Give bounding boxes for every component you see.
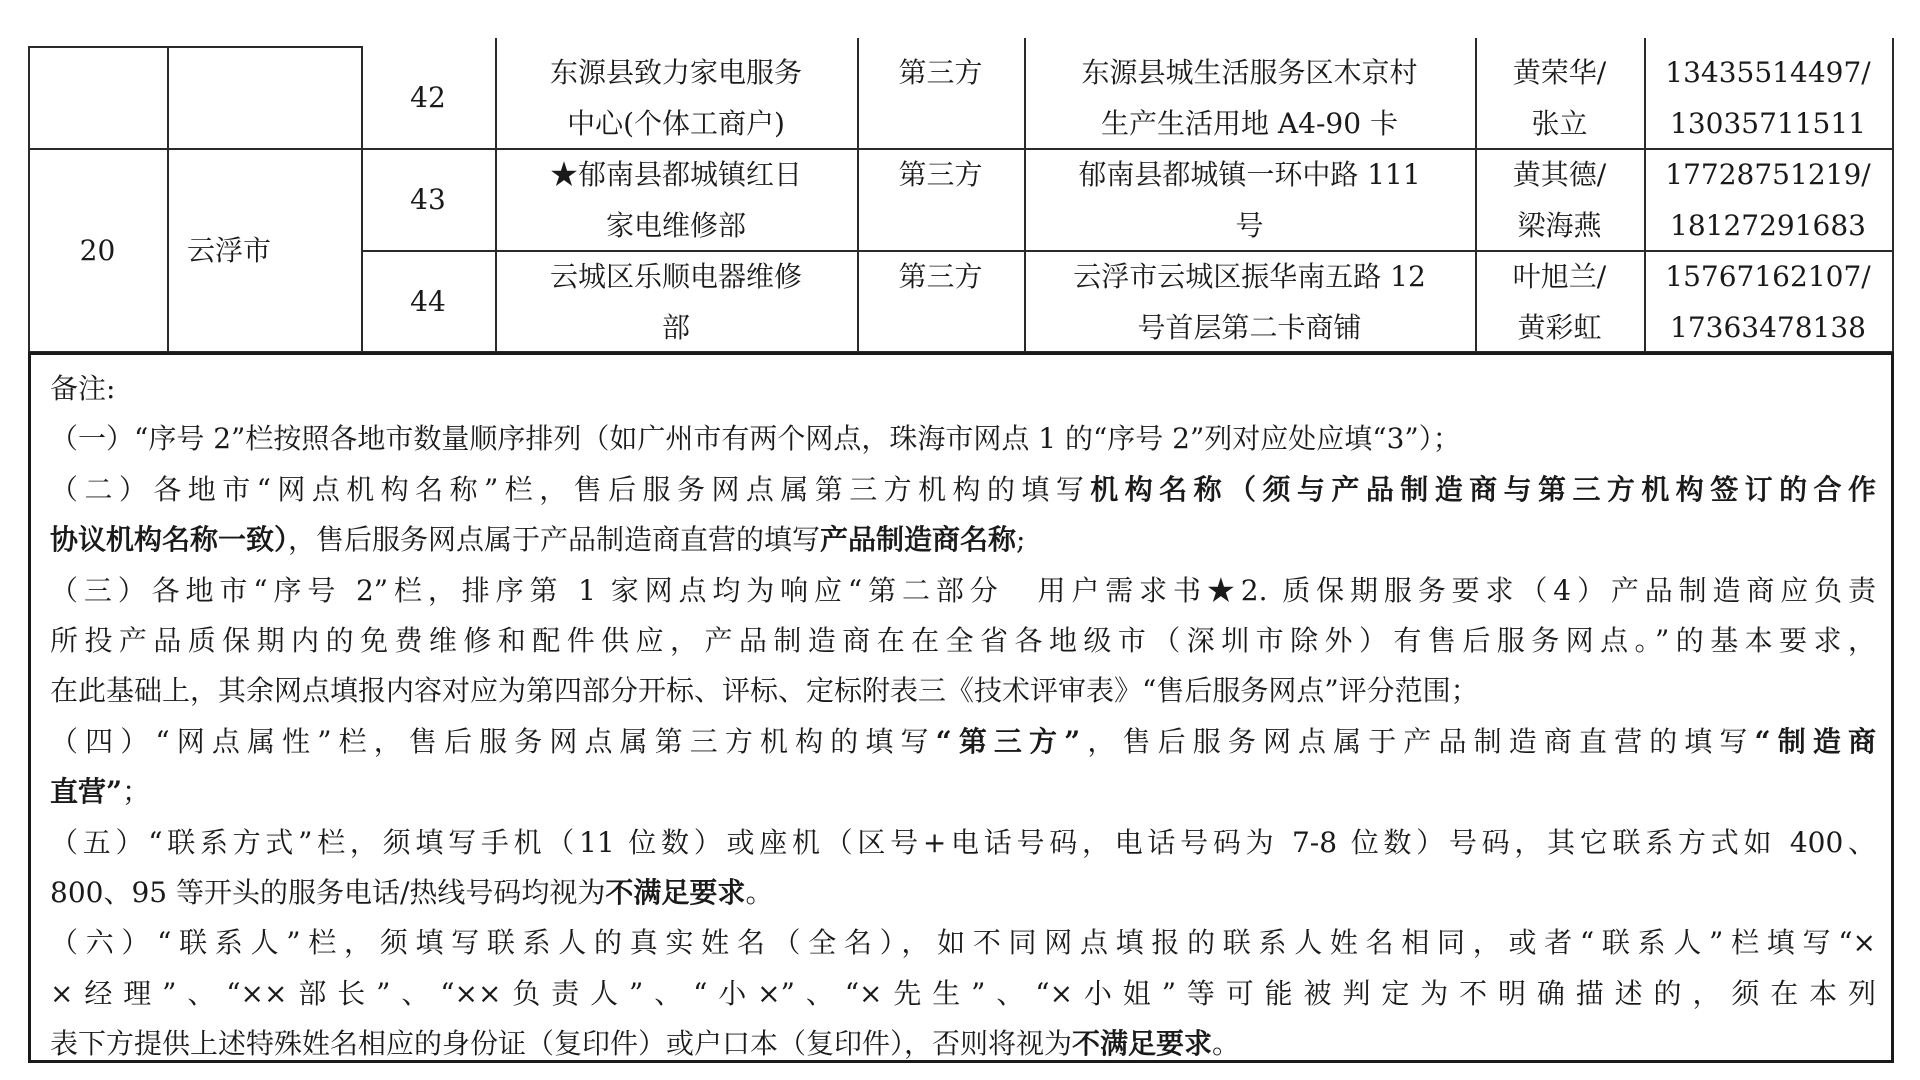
cell-address: 东源县城生活服务区木京村 生产生活用地 A4-90 卡 — [1024, 45, 1475, 147]
notes-line: 直营”； — [50, 767, 1876, 817]
cell-city: 云浮市 — [167, 148, 361, 352]
notes-text: ，售后服务网点属于产品制造商直营的填写 — [288, 523, 820, 556]
notes-emphasis: 产品制造商名称 — [820, 523, 1016, 556]
notes-line: 在此基础上，其余网点填报内容对应为第四部分开标、评标、定标附表三《技术评审表》“… — [50, 666, 1876, 716]
cell-phone: 15767162107/ 17363478138 — [1644, 249, 1892, 351]
notes-line: （一）“序号 2”栏按照各地市数量顺序排列（如广州市有两个网点，珠海市网点 1 … — [50, 414, 1876, 464]
notes-emphasis: 机构名称（须与产品制造商与第三方机构签订的合作 — [1090, 473, 1876, 506]
cell-seq: 43 — [361, 148, 495, 250]
notes-text: ； — [122, 775, 150, 808]
cell-contact: 黄荣华/ 张立 — [1475, 45, 1644, 147]
address-line: 生产生活用地 A4-90 卡 — [1101, 98, 1398, 149]
phone-line: 13035711511 — [1670, 98, 1866, 149]
contact-line: 黄彩虹 — [1517, 302, 1601, 353]
cell-attribute: 第三方 — [857, 249, 1024, 351]
city-text: 云浮市 — [187, 225, 271, 276]
outlet-name-line: 家电维修部 — [606, 200, 746, 251]
service-outlet-table: 42 东源县致力家电服务 中心(个体工商户) 第三方 东源县城生活服务区木京村 … — [28, 46, 1892, 353]
address-line: 号首层第二卡商铺 — [1137, 302, 1361, 353]
notes-text: 800、95 等开头的服务电话/热线号码均视为 — [50, 876, 605, 909]
cell-address: 郁南县都城镇一环中路 111 号 — [1024, 147, 1475, 249]
address-line: 郁南县都城镇一环中路 111 — [1078, 149, 1420, 200]
notes-text: （六）“联系人”栏，须填写联系人的真实姓名（全名），如不同网点填报的联系人姓名相… — [50, 926, 1876, 959]
seq-text: 43 — [410, 174, 446, 225]
notes-text: （五）“联系方式”栏，须填写手机（11 位数）或座机（区号+电话号码，电话号码为… — [50, 826, 1876, 859]
notes-emphasis: “第三方” — [936, 725, 1081, 758]
phone-line: 17728751219/ — [1665, 149, 1870, 200]
contact-line: 叶旭兰/ — [1513, 251, 1606, 302]
outlet-name-line: 东源县致力家电服务 — [550, 47, 802, 98]
notes-text: ×经理”、“××部长”、“××负责人”、“小×”、“×先生”、“×小姐”等可能被… — [50, 977, 1876, 1010]
notes-line: （四）“网点属性”栏，售后服务网点属第三方机构的填写“第三方”，售后服务网点属于… — [50, 717, 1876, 767]
cell-outlet-name: ★郁南县都城镇红日 家电维修部 — [495, 147, 857, 249]
phone-line: 17363478138 — [1670, 302, 1866, 353]
notes-lines: （一）“序号 2”栏按照各地市数量顺序排列（如广州市有两个网点，珠海市网点 1 … — [50, 414, 1876, 1069]
notes-emphasis: 协议机构名称一致） — [50, 523, 288, 556]
region-no-text: 20 — [80, 225, 116, 276]
phone-line: 13435514497/ — [1665, 47, 1870, 98]
notes-line: ×经理”、“××部长”、“××负责人”、“小×”、“×先生”、“×小姐”等可能被… — [50, 969, 1876, 1019]
cell-contact: 叶旭兰/ 黄彩虹 — [1475, 249, 1644, 351]
notes-line: （三）各地市“序号 2”栏，排序第 1 家网点均为响应“第二部分 用户需求书★2… — [50, 566, 1876, 616]
notes-text: 在此基础上，其余网点填报内容对应为第四部分开标、评标、定标附表三《技术评审表》“… — [50, 674, 1479, 707]
cell-region-no: 20 — [28, 148, 167, 352]
cell-contact: 黄其德/ 梁海燕 — [1475, 147, 1644, 249]
attribute-text: 第三方 — [898, 149, 982, 200]
notes-line: 表下方提供上述特殊姓名相应的身份证（复印件）或户口本（复印件），否则将视为不满足… — [50, 1019, 1876, 1069]
notes-text: 所投产品质保期内的免费维修和配件供应，产品制造商在在全省各地级市（深圳市除外）有… — [50, 624, 1876, 657]
notes-content: 备注: （一）“序号 2”栏按照各地市数量顺序排列（如广州市有两个网点，珠海市网… — [50, 364, 1876, 1069]
notes-line: 800、95 等开头的服务电话/热线号码均视为不满足要求。 — [50, 868, 1876, 918]
notes-line: （二）各地市“网点机构名称”栏，售后服务网点属第三方机构的填写机构名称（须与产品… — [50, 465, 1876, 515]
notes-line: （五）“联系方式”栏，须填写手机（11 位数）或座机（区号+电话号码，电话号码为… — [50, 818, 1876, 868]
document-page: 42 东源县致力家电服务 中心(个体工商户) 第三方 东源县城生活服务区木京村 … — [0, 0, 1920, 1080]
cell-phone: 17728751219/ 18127291683 — [1644, 147, 1892, 249]
notes-emphasis: 不满足要求 — [605, 876, 745, 909]
cell-region-no — [28, 46, 167, 148]
cell-outlet-name: 东源县致力家电服务 中心(个体工商户) — [495, 45, 857, 147]
cell-seq: 44 — [361, 250, 495, 352]
notes-text: ; — [1016, 523, 1025, 556]
notes-line: （六）“联系人”栏，须填写联系人的真实姓名（全名），如不同网点填报的联系人姓名相… — [50, 918, 1876, 968]
notes-text: ，售后服务网点属于产品制造商直营的填写 — [1080, 725, 1754, 758]
cell-outlet-name: 云城区乐顺电器维修 部 — [495, 249, 857, 351]
notes-text: （二）各地市“网点机构名称”栏，售后服务网点属第三方机构的填写 — [50, 473, 1090, 506]
notes-title: 备注: — [50, 364, 1876, 414]
contact-line: 张立 — [1531, 98, 1587, 149]
outlet-name-line: 中心(个体工商户) — [567, 98, 785, 149]
notes-line: 协议机构名称一致），售后服务网点属于产品制造商直营的填写产品制造商名称; — [50, 515, 1876, 565]
notes-emphasis: 直营” — [50, 775, 122, 808]
contact-line: 黄其德/ — [1513, 149, 1606, 200]
phone-line: 15767162107/ — [1665, 251, 1870, 302]
notes-text: 。 — [745, 876, 773, 909]
notes-emphasis: 不满足要求 — [1072, 1027, 1212, 1060]
attribute-text: 第三方 — [898, 251, 982, 302]
notes-text: （一）“序号 2”栏按照各地市数量顺序排列（如广州市有两个网点，珠海市网点 1 … — [50, 422, 1461, 455]
notes-text: （四）“网点属性”栏，售后服务网点属第三方机构的填写 — [50, 725, 936, 758]
attribute-text: 第三方 — [898, 47, 982, 98]
cell-attribute: 第三方 — [857, 45, 1024, 147]
notes-text: （三）各地市“序号 2”栏，排序第 1 家网点均为响应“第二部分 用户需求书★2… — [50, 574, 1876, 607]
cell-seq: 42 — [361, 46, 495, 148]
cell-attribute: 第三方 — [857, 147, 1024, 249]
address-line: 号 — [1235, 200, 1263, 251]
phone-line: 18127291683 — [1670, 200, 1866, 251]
outlet-name-line: 部 — [662, 302, 690, 353]
cell-address: 云浮市云城区振华南五路 12 号首层第二卡商铺 — [1024, 249, 1475, 351]
seq-text: 42 — [410, 72, 446, 123]
notes-box: 备注: （一）“序号 2”栏按照各地市数量顺序排列（如广州市有两个网点，珠海市网… — [28, 352, 1894, 1063]
notes-text: 表下方提供上述特殊姓名相应的身份证（复印件）或户口本（复印件），否则将视为 — [50, 1027, 1072, 1060]
seq-text: 44 — [410, 276, 446, 327]
col-border-8 — [1892, 38, 1894, 353]
notes-line: 所投产品质保期内的免费维修和配件供应，产品制造商在在全省各地级市（深圳市除外）有… — [50, 616, 1876, 666]
cell-phone: 13435514497/ 13035711511 — [1644, 45, 1892, 147]
notes-text: 。 — [1212, 1027, 1240, 1060]
contact-line: 黄荣华/ — [1513, 47, 1606, 98]
address-line: 云浮市云城区振华南五路 12 — [1073, 251, 1426, 302]
contact-line: 梁海燕 — [1517, 200, 1601, 251]
outlet-name-line: 云城区乐顺电器维修 — [550, 251, 802, 302]
outlet-name-line: ★郁南县都城镇红日 — [550, 149, 802, 200]
notes-emphasis: “制造商 — [1755, 725, 1876, 758]
address-line: 东源县城生活服务区木京村 — [1081, 47, 1417, 98]
cell-city — [167, 46, 361, 148]
